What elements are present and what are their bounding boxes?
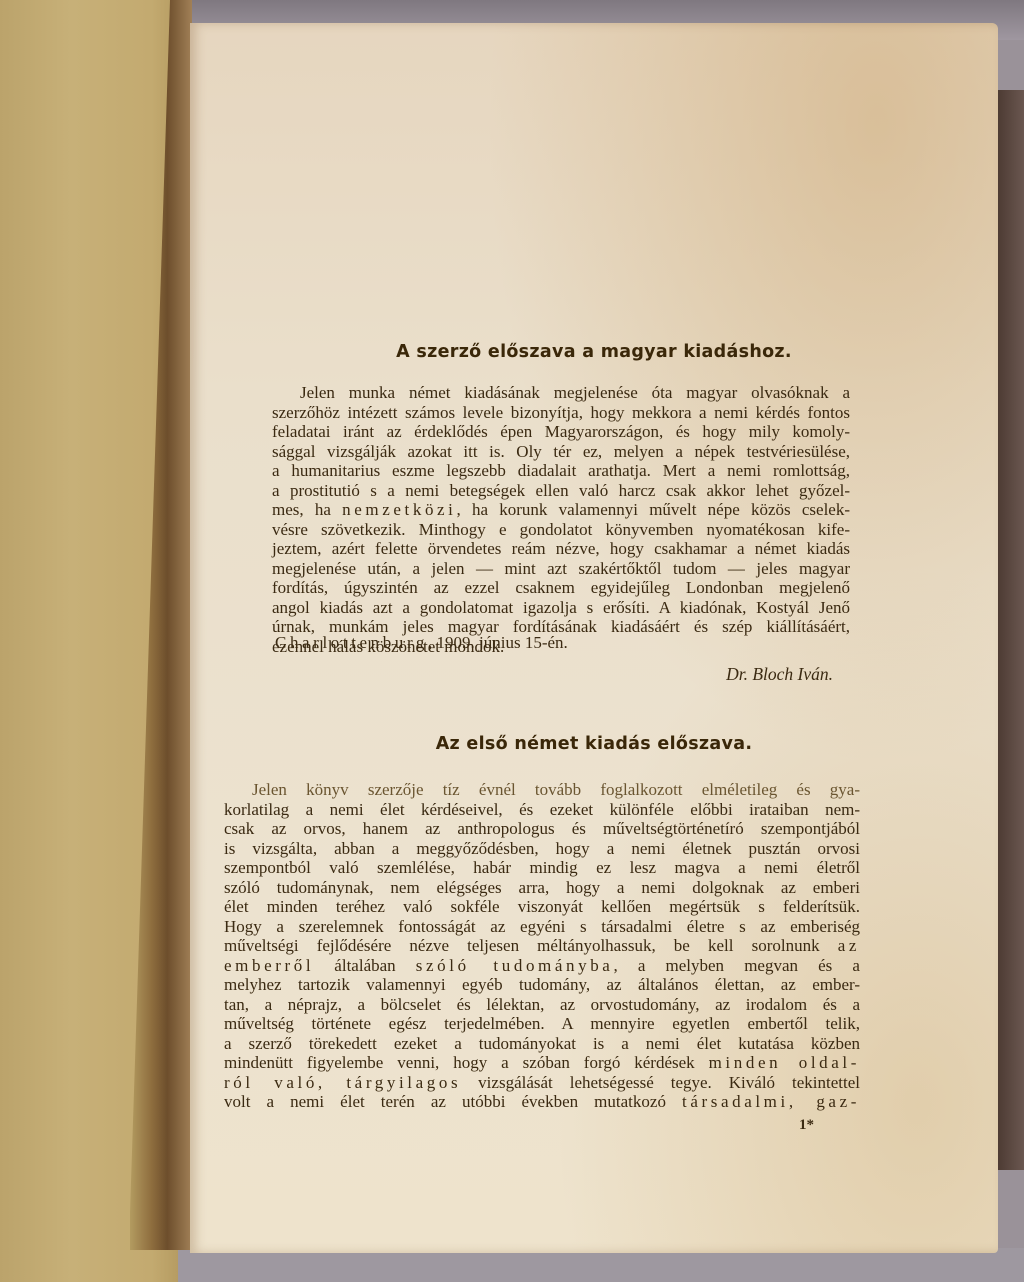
page-number: 1* [799,1116,814,1136]
section-heading-german-preface: Az első német kiadás előszava. [190,735,998,755]
text-line: mes, ha nemzetközi, ha korunk valamennyi… [272,500,850,520]
text-line: volt a nemi élet terén az utóbbi években… [224,1092,860,1112]
signature: Dr. Bloch Iván. [726,665,833,685]
text-line: is vizsgálta, abban a meggyőződésben, ho… [224,839,860,859]
preface-german-body: Jelen könyv szerzője tíz évnél tovább fo… [224,780,860,1112]
background-shadow-right [995,90,1024,1170]
emphasized-text: emberről [224,956,314,975]
text-line: műveltségi fejlődésére nézve teljesen mé… [224,936,860,956]
text-line: emberről általában szóló tudományba, a m… [224,956,860,976]
date-place: Charlottenburg [275,633,428,652]
right-page: A szerző előszava a magyar kiadáshoz. Je… [190,23,998,1253]
text-line: műveltség története egész terjedelmében.… [224,1014,860,1034]
text-line: Hogy a szerelemnek fontosságát az egyéni… [224,917,860,937]
emphasized-text: minden oldal- [709,1053,860,1072]
emphasized-text: ról való, tárgyilagos [224,1073,461,1092]
text-line: angol kiadás azt a gondolatomat igazolja… [272,598,850,618]
text-line: jeztem, azért felette örvendetes reám né… [272,539,850,559]
emphasized-text: az [838,936,860,955]
text-line: csak az orvos, hanem az anthropologus és… [224,819,860,839]
text-line: mindenütt figyelembe venni, hogy a szóba… [224,1053,860,1073]
text-line: ról való, tárgyilagos vizsgálását lehets… [224,1073,860,1093]
emphasized-text: szóló tudományba [416,956,614,975]
background-bottom [130,1248,1024,1282]
text-line: vésre szövetkezik. Minthogy e gondolatot… [272,520,850,540]
text-line: élet minden teréhez való sokféle viszony… [224,897,860,917]
text-line: Jelen könyv szerzője tíz évnél tovább fo… [224,780,860,800]
text-line: megjelenése után, a jelen — mint azt sza… [272,559,850,579]
preface-hungarian-body: Jelen munka német kiadásának megjelenése… [272,383,850,656]
text-line: korlatilag a nemi élet kérdéseivel, és e… [224,800,860,820]
text-line: szerzőhöz intézett számos levele bizonyí… [272,403,850,423]
text-line: szóló tudománynak, nem elégséges arra, h… [224,878,860,898]
text-line: a prostitutió s a nemi betegségek ellen … [272,481,850,501]
text-line: a humanitarius eszme legszebb diadalait … [272,461,850,481]
text-line: szempontból való szemlélése, habár mindi… [224,858,860,878]
emphasized-text: nemzetközi [342,500,456,519]
text-line: melyhez tartozik valamennyi egyéb tudomá… [224,975,860,995]
text-line: a szerző törekedett ezeket a tudományoka… [224,1034,860,1054]
text-line: tan, a néprajz, a bölcselet és lélektan,… [224,995,860,1015]
text-line: fordítás, úgyszintén az ezzel csaknem eg… [272,578,850,598]
text-line: Jelen munka német kiadásának megjelenése… [272,383,850,403]
section-heading-hungarian-preface: A szerző előszava a magyar kiadáshoz. [190,343,998,363]
text-line: sággal vizsgálják azokat itt is. Oly tér… [272,442,850,462]
emphasized-text: társadalmi, gaz- [682,1092,860,1111]
text-line: feladatai iránt az érdeklődés épen Magya… [272,422,850,442]
dateline: Charlottenburg, 1909. június 15-én. [275,633,568,653]
